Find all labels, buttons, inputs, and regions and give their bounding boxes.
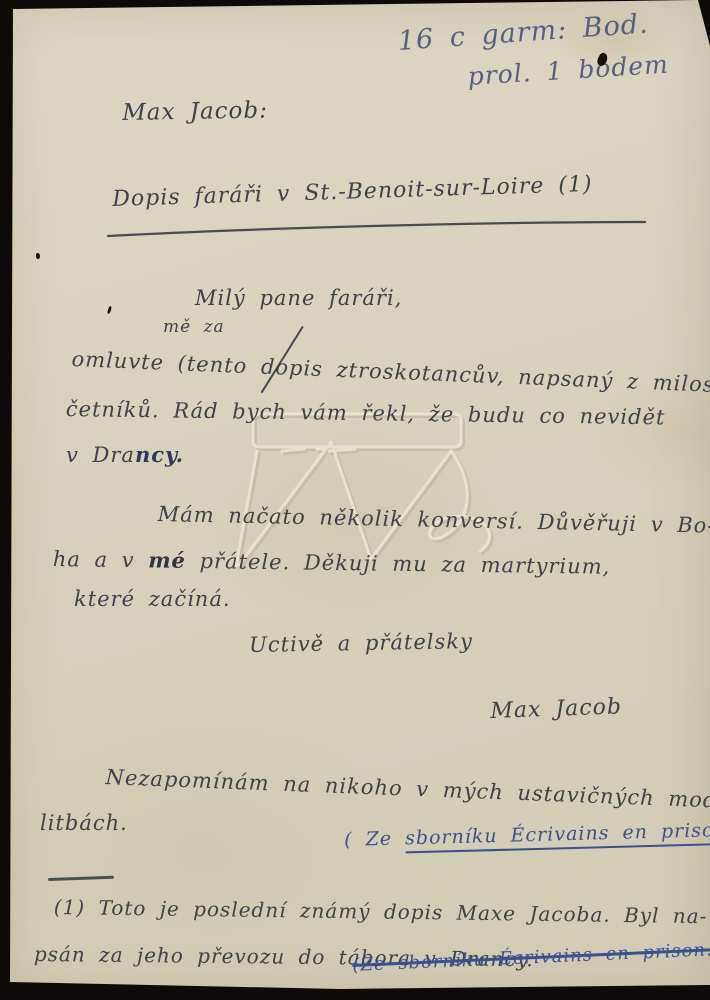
paragraph2-line3: které začíná. <box>74 589 231 610</box>
paragraph1-line3: v Drancy. <box>66 444 184 466</box>
signature: Max Jacob <box>490 696 622 723</box>
source-note-open: ( Ze <box>344 827 405 851</box>
ink-speck <box>36 253 40 259</box>
photo-of-manuscript: 16 c garm: Bod. prol. 1 bodem Max Jacob:… <box>0 0 710 1000</box>
paragraph2-line2-a: ha a v <box>53 547 149 572</box>
salutation-line: Milý pane faráři, <box>195 288 402 309</box>
closing-line: Uctivě a přátelsky <box>249 631 473 656</box>
paragraph1-line3-overwrite: ncy. <box>135 442 184 467</box>
insertion-note: mě za <box>163 319 225 336</box>
postscript-line2: litbách. <box>40 813 128 834</box>
paragraph1-line3-ink: v Dra <box>66 443 135 467</box>
paragraph2-line2-emphasis: mé <box>148 547 186 573</box>
